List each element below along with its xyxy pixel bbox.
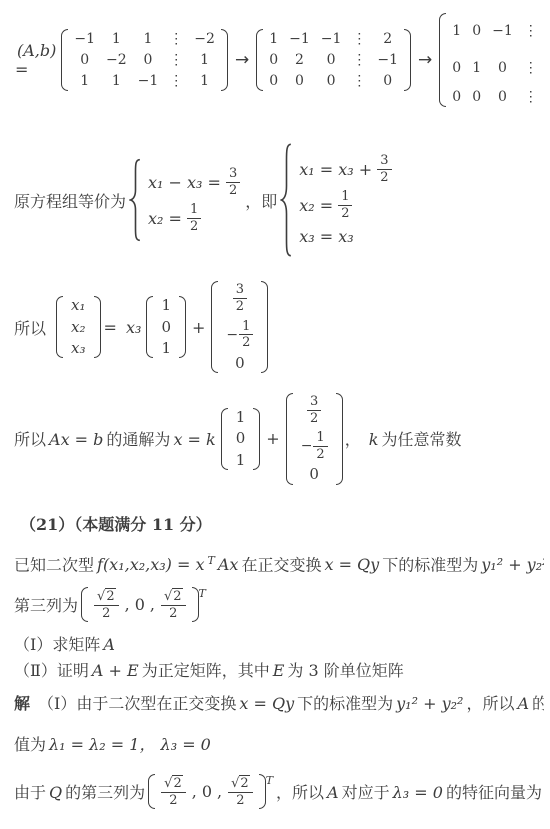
matrix-cell: 0 bbox=[144, 52, 153, 68]
math-text: x₁ = x₃ + bbox=[299, 160, 372, 179]
right-paren bbox=[94, 296, 101, 358]
matrix-cell: 0 bbox=[269, 73, 278, 89]
math-text: x₁ − x₃ = bbox=[148, 173, 221, 192]
left-paren bbox=[256, 29, 263, 91]
equation-system-right: x₁ = x₃ + 32 x₂ = 12 x₃ = x₃ bbox=[280, 142, 393, 258]
vertical-dots-icon: ⋮ bbox=[352, 31, 366, 47]
lead-text: 由于Q的第三列为 bbox=[14, 780, 145, 803]
matrix-cell: 1 bbox=[112, 31, 121, 47]
lead-text: 所以Ax = b的通解为x = k bbox=[14, 427, 219, 450]
matrix-cell: 0 bbox=[80, 52, 89, 68]
basis-vector: 101 bbox=[221, 407, 261, 471]
math-text: x₃ bbox=[126, 318, 141, 337]
solution-line1: 解 （Ⅰ）由于二次型在正交变换x = Qy下的标准型为y₁² + y₂²，所以A… bbox=[14, 691, 544, 717]
solution-label: 解 bbox=[14, 694, 30, 713]
matrix-cell: x₃ bbox=[71, 340, 85, 357]
matrix-cell: −2 bbox=[106, 52, 127, 68]
symbol-text: 0 bbox=[202, 782, 212, 801]
matrix-cell: −1 bbox=[74, 31, 95, 47]
matrix-cell: x₁ bbox=[71, 297, 85, 314]
text-cn: ，所以 bbox=[276, 783, 324, 802]
matrix-cell: −1 bbox=[377, 52, 398, 68]
left-paren bbox=[146, 296, 153, 358]
text-cn: （Ⅰ）由于二次型在正交变换 bbox=[30, 694, 236, 713]
right-paren bbox=[179, 296, 186, 358]
matrix-grid: 1−1−1⋮2020⋮−1000⋮0 bbox=[263, 28, 404, 92]
right-paren bbox=[253, 408, 260, 470]
text-segment: 32 bbox=[375, 153, 393, 185]
matrix-cell: 0 bbox=[472, 89, 481, 105]
matrix-cell: 2 bbox=[383, 31, 392, 47]
vertical-dots-icon: ⋮ bbox=[524, 23, 538, 39]
right-arrow-icon: → bbox=[235, 50, 249, 70]
math-text: Ax bbox=[218, 555, 239, 574]
text-cn: 的第三列为 bbox=[65, 783, 145, 802]
matrix-cell: 1 bbox=[269, 31, 278, 47]
matrix-cell: 0 bbox=[383, 73, 392, 89]
text-cn: 值为 bbox=[14, 735, 46, 754]
system-lines: x₁ = x₃ + 32 x₂ = 12 x₃ = x₃ bbox=[296, 153, 393, 247]
lead-text: 第三列为 bbox=[14, 593, 78, 616]
matrix-cell: 1 bbox=[161, 340, 171, 357]
text-segment: 32 bbox=[224, 166, 242, 198]
right-paren bbox=[404, 29, 411, 91]
math-text: y₁² + y₂² bbox=[396, 694, 463, 713]
matrix-cell: 0 bbox=[236, 430, 246, 447]
matrix-cell: x₂ bbox=[71, 319, 85, 336]
matrix-grid: 10−1⋮32010⋮−12000⋮0 bbox=[446, 12, 550, 108]
matrix-grid: −111⋮−20−20⋮111−1⋮1 bbox=[68, 28, 221, 92]
tail-text: ，所以A对应于λ₃ = 0的特征向量为 bbox=[276, 780, 542, 803]
symbol-text: , bbox=[150, 595, 155, 614]
radicand: 2 bbox=[239, 775, 249, 792]
general-solution-line: 所以Ax = b的通解为x = k 101 + 32−120 ， k为任意常数 bbox=[14, 392, 544, 486]
augmented-matrix-2: 1−1−1⋮2020⋮−1000⋮0 bbox=[256, 28, 411, 92]
question-part-2: （Ⅱ）证明A + E为正定矩阵，其中E为 3 阶单位矩阵 bbox=[14, 659, 544, 683]
matrix-cell: 0 bbox=[235, 355, 245, 372]
radical-icon: √ bbox=[164, 589, 172, 605]
math-text: Q bbox=[49, 783, 62, 802]
matrix-cell: −1 bbox=[289, 31, 310, 47]
minus-sign: − bbox=[226, 327, 238, 343]
text-cn: 在正交变换 bbox=[241, 555, 321, 574]
text-cn: 下的标准型为 bbox=[297, 694, 393, 713]
text-segment: √22 bbox=[226, 775, 255, 808]
transpose-superscript: T bbox=[266, 774, 273, 787]
matrix-cell: 1 bbox=[80, 73, 89, 89]
matrix-cell: 1 bbox=[472, 60, 481, 76]
text-segment: √22 bbox=[159, 588, 188, 621]
equivalent-system-line: 原方程组等价为 x₁ − x₃ = 32 x₂ = 12 ，即 x₁ = x₃ … bbox=[14, 142, 544, 258]
solution-document: (A,b) = −111⋮−20−20⋮111−1⋮1 → 1−1−1⋮2020… bbox=[0, 0, 550, 810]
plus-sign: + bbox=[192, 318, 205, 337]
symbol-text: , bbox=[192, 782, 197, 801]
symbol-text: = bbox=[104, 318, 123, 337]
symbol-text: = bbox=[15, 60, 28, 79]
matrix-cell: 0 bbox=[269, 52, 278, 68]
right-paren bbox=[336, 393, 343, 485]
vertical-dots-icon: ⋮ bbox=[352, 52, 366, 68]
matrix-cell: 1 bbox=[144, 31, 153, 47]
math-text: f(x₁,x₂,x₃) = x bbox=[97, 555, 205, 574]
left-paren bbox=[81, 587, 88, 622]
transpose-superscript: T bbox=[199, 587, 206, 600]
matrix-cell: 0 bbox=[295, 73, 304, 89]
math-text: k bbox=[369, 430, 379, 449]
math-text: Ax = b bbox=[49, 430, 103, 449]
vector-entries: √22, 0, √22 bbox=[88, 586, 192, 623]
text-cn: 的通解为 bbox=[106, 430, 170, 449]
system-lines: x₁ − x₃ = 32 x₂ = 12 bbox=[145, 166, 242, 234]
symbol-text: 0 bbox=[135, 595, 145, 614]
text-cn: 的特征 bbox=[532, 694, 544, 713]
augmented-matrix-label: (A,b) bbox=[17, 41, 56, 60]
text-cn: 为 3 阶单位矩阵 bbox=[287, 661, 403, 680]
equation: x₃ = x₃ bbox=[296, 226, 393, 248]
text-segment: 12 bbox=[336, 189, 354, 221]
left-paren bbox=[56, 296, 63, 358]
vertical-dots-icon: ⋮ bbox=[352, 73, 366, 89]
text-cn: ，即 bbox=[245, 192, 277, 211]
vector-grid: 101 bbox=[153, 295, 179, 359]
math-text: E bbox=[273, 661, 285, 680]
solution-line3: 由于Q的第三列为 √22, 0, √22 T ，所以A对应于λ₃ = 0的特征向… bbox=[14, 773, 544, 810]
matrix-cell: −1 bbox=[492, 23, 513, 39]
right-arrow-icon: → bbox=[418, 50, 432, 70]
matrix-cell: 1 bbox=[452, 23, 461, 39]
fraction: 32 bbox=[233, 282, 247, 314]
left-paren bbox=[439, 13, 446, 107]
matrix-cell: 1 bbox=[236, 452, 246, 469]
text-segment: 12 bbox=[185, 202, 203, 234]
left-brace-icon bbox=[280, 142, 293, 258]
row-reduction-line: (A,b) = −111⋮−20−20⋮111−1⋮1 → 1−1−1⋮2020… bbox=[14, 12, 544, 108]
text-segment: √22 bbox=[159, 775, 188, 808]
left-paren bbox=[286, 393, 293, 485]
tail-text: ， k为任意常数 bbox=[345, 427, 462, 450]
matrix-cell: 0 bbox=[472, 23, 481, 39]
matrix-cell: 1 bbox=[161, 297, 171, 314]
math-text: x = Qy bbox=[324, 555, 379, 574]
fraction: −12 bbox=[226, 319, 253, 351]
vector-grid: 32−120 bbox=[293, 392, 336, 486]
q-third-column-vector: √22, 0, √22 T bbox=[81, 586, 206, 623]
radicand: 2 bbox=[172, 775, 182, 792]
matrix-cell: 1 bbox=[200, 52, 209, 68]
math-text: x = k bbox=[173, 430, 215, 449]
equation: x₂ = 12 bbox=[145, 202, 242, 234]
math-text: A bbox=[517, 694, 529, 713]
augmented-matrix-1: −111⋮−20−20⋮111−1⋮1 bbox=[61, 28, 228, 92]
left-brace-icon bbox=[129, 158, 142, 242]
text-cn: 为任意常数 bbox=[382, 430, 462, 449]
vector-entries: √22, 0, √22 bbox=[155, 773, 259, 810]
vector-grid: 32−120 bbox=[218, 280, 261, 374]
q-third-column-vector: √22, 0, √22 T bbox=[148, 773, 273, 810]
equation-system-left: x₁ − x₃ = 32 x₂ = 12 bbox=[129, 158, 242, 242]
matrix-cell: 0 bbox=[309, 466, 319, 483]
vector-grid: x₁x₂x₃ bbox=[63, 295, 93, 359]
radicand: 2 bbox=[105, 588, 115, 605]
text-cn: （Ⅰ）求矩阵 bbox=[14, 635, 100, 654]
math-text: y₁² + y₂² bbox=[481, 555, 544, 574]
matrix-cell: 0 bbox=[161, 319, 171, 336]
particular-vector: 32−120 bbox=[211, 280, 268, 374]
lead-text: 所以 bbox=[14, 316, 46, 339]
text-segment: √22 bbox=[92, 588, 121, 621]
math-text: A bbox=[327, 783, 339, 802]
matrix-cell: 0 bbox=[327, 52, 336, 68]
equation: x₂ = 12 bbox=[296, 189, 393, 221]
left-paren bbox=[148, 774, 155, 809]
text-cn: 的特征向量为 bbox=[446, 783, 542, 802]
symbol-text: , bbox=[217, 782, 222, 801]
fraction: −12 bbox=[301, 430, 328, 462]
matrix-cell: 1 bbox=[236, 409, 246, 426]
text-cn: （Ⅱ）证明 bbox=[14, 661, 89, 680]
math-text: x₂ = bbox=[148, 209, 182, 228]
text-cn: 下的标准型为 bbox=[382, 555, 478, 574]
lead-text: 原方程组等价为 bbox=[14, 189, 126, 212]
matrix-cell: 2 bbox=[295, 52, 304, 68]
x-vector: x₁x₂x₃ bbox=[56, 295, 100, 359]
text-cn: 原方程组等价为 bbox=[14, 192, 126, 211]
fraction: 32 bbox=[307, 394, 321, 426]
matrix-cell: −1 bbox=[138, 73, 159, 89]
vertical-dots-icon: ⋮ bbox=[169, 31, 183, 47]
matrix-cell: 0 bbox=[452, 60, 461, 76]
equation: x₁ − x₃ = 32 bbox=[145, 166, 242, 198]
matrix-cell: 0 bbox=[498, 89, 507, 105]
text-cn: 所以 bbox=[14, 430, 46, 449]
text-cn: 由于 bbox=[14, 783, 46, 802]
vertical-dots-icon: ⋮ bbox=[169, 52, 183, 68]
right-paren bbox=[261, 281, 268, 373]
matrix-cell: 0 bbox=[498, 60, 507, 76]
left-paren bbox=[61, 29, 68, 91]
math-text: x₃ = x₃ bbox=[299, 227, 353, 246]
equation: x₁ = x₃ + 32 bbox=[296, 153, 393, 185]
problem-statement-line1: 已知二次型f(x₁,x₂,x₃) = xTAx在正交变换x = Qy下的标准型为… bbox=[14, 548, 544, 578]
matrix-cell: 1 bbox=[112, 73, 121, 89]
text-cn: 已知二次型 bbox=[14, 555, 94, 574]
solution-line2: 值为λ₁ = λ₂ = 1， λ₃ = 0 bbox=[14, 733, 544, 757]
matrix-cell: 0 bbox=[452, 89, 461, 105]
radicand: 2 bbox=[172, 588, 182, 605]
math-text: A + E bbox=[92, 661, 139, 680]
particular-vector: 32−120 bbox=[286, 392, 343, 486]
text-cn: 所以 bbox=[14, 319, 46, 338]
right-paren bbox=[221, 29, 228, 91]
question-part-1: （Ⅰ）求矩阵A bbox=[14, 633, 544, 657]
text-cn: 对应于 bbox=[342, 783, 390, 802]
mid-text: ，即 bbox=[245, 189, 277, 212]
basis-vector: 101 bbox=[146, 295, 186, 359]
equals-coefficient: = x₃ bbox=[103, 318, 145, 337]
matrix-cell: −2 bbox=[194, 31, 215, 47]
vertical-dots-icon: ⋮ bbox=[524, 60, 538, 76]
text-cn: ， bbox=[345, 430, 366, 449]
lead-expression: (A,b) = bbox=[14, 41, 59, 79]
matrix-cell: −1 bbox=[321, 31, 342, 47]
plus-sign: + bbox=[266, 429, 279, 448]
radical-icon: √ bbox=[97, 589, 105, 605]
vector-grid: 101 bbox=[228, 407, 254, 471]
left-paren bbox=[221, 408, 228, 470]
heading-text: （21）（本题满分 11 分） bbox=[20, 515, 212, 534]
vertical-dots-icon: ⋮ bbox=[169, 73, 183, 89]
text-cn: ，所以 bbox=[466, 694, 514, 713]
math-text: λ₃ = 0 bbox=[393, 783, 443, 802]
left-paren bbox=[211, 281, 218, 373]
vector-solution-line: 所以 x₁x₂x₃ = x₃ 101 + 32−120 bbox=[14, 280, 544, 374]
matrix-cell: 1 bbox=[200, 73, 209, 89]
text-cn: 第三列为 bbox=[14, 596, 78, 615]
augmented-matrix-3: 10−1⋮32010⋮−12000⋮0 bbox=[439, 12, 550, 108]
minus-sign: − bbox=[301, 438, 313, 454]
math-text: x = Qy bbox=[239, 694, 294, 713]
math-text: A bbox=[103, 635, 115, 654]
radical-icon: √ bbox=[231, 776, 239, 792]
problem-statement-line2: 第三列为 √22, 0, √22 T bbox=[14, 586, 544, 623]
vertical-dots-icon: ⋮ bbox=[524, 89, 538, 105]
text-cn: 为正定矩阵，其中 bbox=[142, 661, 270, 680]
symbol-text: , bbox=[125, 595, 130, 614]
radical-icon: √ bbox=[164, 776, 172, 792]
math-text: x₂ = bbox=[299, 196, 333, 215]
problem-heading: （21）（本题满分 11 分） bbox=[20, 512, 544, 538]
superscript: T bbox=[208, 554, 215, 567]
matrix-cell: 0 bbox=[327, 73, 336, 89]
right-paren bbox=[192, 587, 199, 622]
right-paren bbox=[259, 774, 266, 809]
math-text: λ₁ = λ₂ = 1， λ₃ = 0 bbox=[49, 735, 211, 754]
